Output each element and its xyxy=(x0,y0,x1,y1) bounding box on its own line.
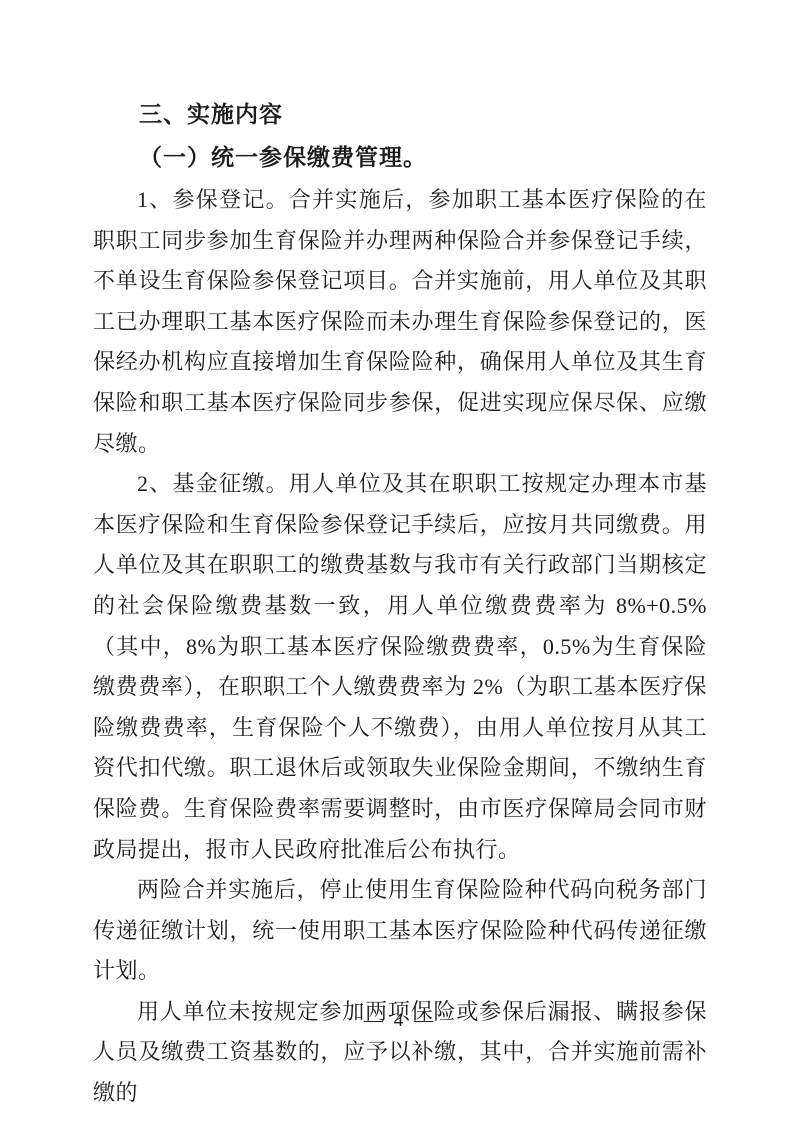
paragraph: 2、基金征缴。用人单位及其在职职工按规定办理本市基本医疗保险和生育保险参保登记手… xyxy=(93,464,707,870)
subsection-heading: （一）统一参保缴费管理。 xyxy=(93,136,707,180)
document-content: 三、实施内容 （一）统一参保缴费管理。 1、参保登记。合并实施后，参加职工基本医… xyxy=(93,92,707,1114)
paragraph: 两险合并实施后，停止使用生育保险险种代码向税务部门传递征缴计划，统一使用职工基本… xyxy=(93,870,707,992)
document-page: 三、实施内容 （一）统一参保缴费管理。 1、参保登记。合并实施后，参加职工基本医… xyxy=(0,0,800,1132)
paragraph: 1、参保登记。合并实施后，参加职工基本医疗保险的在职职工同步参加生育保险并办理两… xyxy=(93,180,707,464)
section-heading: 三、实施内容 xyxy=(93,92,707,136)
paragraph-list: 1、参保登记。合并实施后，参加职工基本医疗保险的在职职工同步参加生育保险并办理两… xyxy=(93,180,707,1114)
page-number: — 4 — xyxy=(0,1010,800,1032)
